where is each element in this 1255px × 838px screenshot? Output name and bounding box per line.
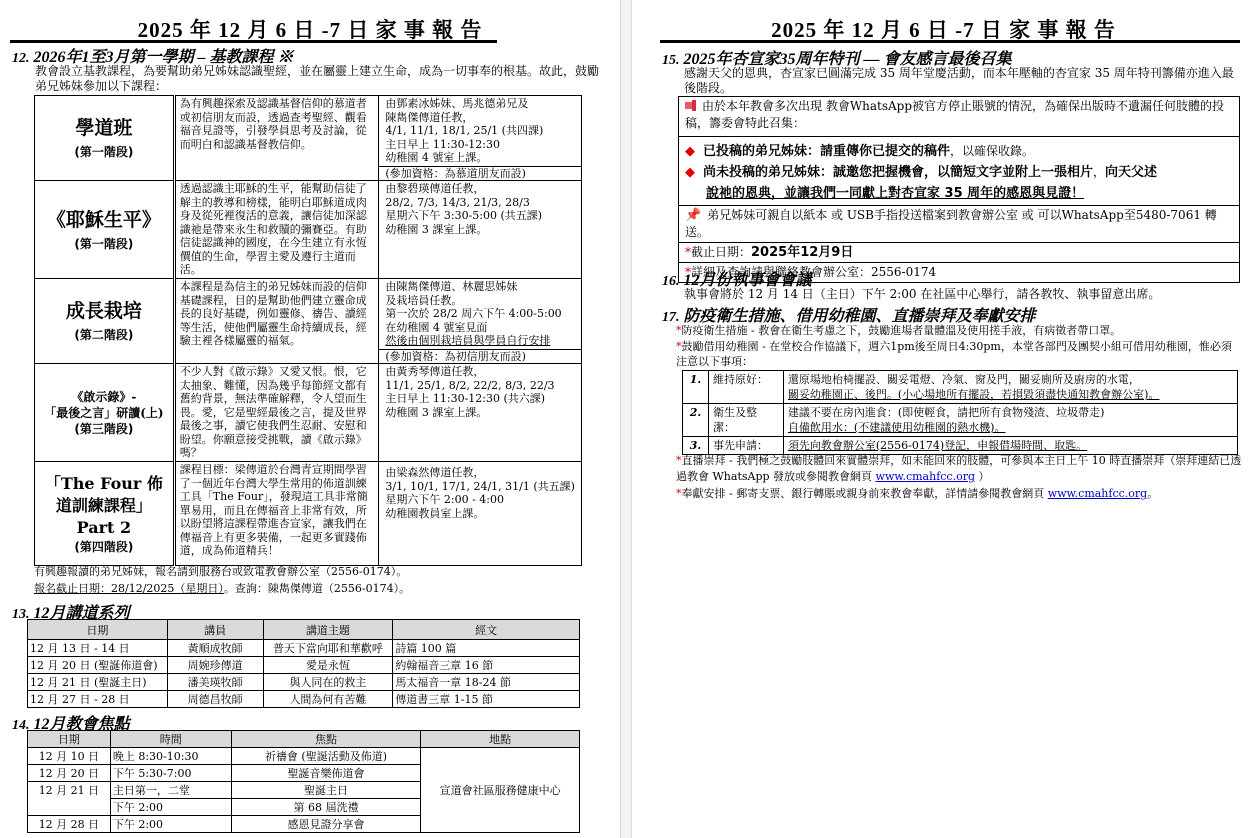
course-description: 不少人對《啟示錄》又愛又恨。恨，它太抽象、難懂，因為幾乎每節經文都有舊約背景，無… bbox=[174, 364, 379, 462]
sermon-row: 12 月 21 日 (聖誕主日)潘美瑛牧師與人同在的救主馬太福音一章 18-24… bbox=[28, 674, 580, 691]
diamond-bullet-icon: ◆ bbox=[685, 144, 695, 159]
course-row: 學道班 (第一階段) 為有興趣探索及認識基督信仰的慕道者或初信朋友而設，透過查考… bbox=[35, 96, 582, 167]
section-12-intro: 教會設立基教課程，為要幫助弟兄姊妹認識聖經，並在屬靈上建立生命，成為一切事奉的根… bbox=[35, 64, 610, 94]
course-info: 由陳雋傑傳道、林麗思姊妹 及栽培員任教。 第一次於 28/2 周六下午 4:00… bbox=[379, 279, 582, 350]
course-name-cell: 成長栽培 (第二階段) bbox=[35, 279, 175, 364]
course-description: 課程目標：梁傳道於台灣青宣期間學習了一個近年台灣大學生常用的佈道訓練工具「The… bbox=[174, 462, 379, 566]
diamond-bullet-icon: ◆ bbox=[685, 165, 695, 180]
rule-row: 2. 衛生及整潔： 建議不要在房內進食：(即使輕食，請把所有食物殘渣、垃圾帶走)… bbox=[683, 404, 1238, 437]
registration-deadline: 報名截止日期：28/12/2025（星期日）。查詢：陳雋傑傳道（2556-017… bbox=[34, 581, 410, 596]
right-page: 2025 年 12 月 6 日 -7 日 家 事 報 告 15. 2025年杏宣… bbox=[632, 0, 1255, 838]
church-website-link[interactable]: www.cmahfcc.org bbox=[876, 470, 975, 483]
focus-location: 宣道會社區服務健康中心 bbox=[421, 748, 580, 833]
page-gutter bbox=[620, 0, 632, 838]
bullet-submitted: ◆已投稿的弟兄姊妹：請重傳你已提交的稿件，以確保收錄。 bbox=[685, 141, 1233, 162]
focus-table-header: 日期 時間 焦點 地點 bbox=[28, 731, 580, 748]
call-for-submissions-box: 由於本年教會多次出現 教會WhatsApp被官方停止賬號的情況，為確保出版時不遺… bbox=[678, 96, 1240, 283]
course-qualification: (參加資格：為初信朋友而設) bbox=[379, 349, 582, 364]
course-row: 《耶穌生平》 (第一階段) 透過認識主耶穌的生平，能幫助信徒了解主的教導和榜樣，… bbox=[35, 181, 582, 279]
left-page: 2025 年 12 月 6 日 -7 日 家 事 報 告 12. 2026年1至… bbox=[0, 0, 620, 838]
course-row: 成長栽培 (第二階段) 本課程是為信主的弟兄姊妹而設的信仰基礎課程，目的是幫助他… bbox=[35, 279, 582, 350]
course-row: 「The Four 佈道訓練課程」 Part 2 (第四階段) 課程目標：梁傳道… bbox=[35, 462, 582, 566]
course-table: 學道班 (第一階段) 為有興趣探索及認識基督信仰的慕道者或初信朋友而設，透過查考… bbox=[34, 95, 582, 566]
rule-row: 1. 維持原好： 還原場地枱椅擺設、關妥電燈、冷氣、窗及門，關妥廁所及廚房的水電… bbox=[683, 371, 1238, 404]
sermon-row: 12 月 20 日 (聖誕佈道會)周婉珍傳道愛是永恆約翰福音三章 16 節 bbox=[28, 657, 580, 674]
section-16-body: 執事會將於 12 月 14 日（主日）下午 2:00 在社區中心舉行，請各教牧、… bbox=[684, 287, 1244, 302]
bullet-not-submitted: ◆尚未投稿的弟兄姊妹：誠邀您把握機會，以簡短文字並附上一張相片，向天父述 bbox=[685, 162, 1233, 183]
course-name-cell: 《啟示錄》- 「最後之言」研讀(上) (第三階段) bbox=[35, 364, 175, 462]
offering-note: *奉獻安排 - 郵寄支票、銀行轉賬或親身前來教會奉獻，詳情請參閱教會網頁 www… bbox=[676, 486, 1242, 501]
kindergarten-borrowing: *鼓勵借用幼稚園 - 在堂校合作協議下，週六1pm後至周日4:30pm，本堂各部… bbox=[676, 339, 1242, 369]
course-name-cell: 《耶穌生平》 (第一階段) bbox=[35, 181, 175, 279]
course-info: 由鄧素冰姊妹、馬兆德弟兄及 陳雋傑傳道任教， 4/1, 11/1, 18/1, … bbox=[379, 96, 582, 167]
rule-row: 3. 事先申請： 須先向教會辦公室(2556-0174)登記，申報借場時間、取匙… bbox=[683, 437, 1238, 455]
focus-row: 12 月 10 日 晚上 8:30-10:30 祈禱會 (聖誕活動及佈道) 宣道… bbox=[28, 748, 580, 765]
course-row: 《啟示錄》- 「最後之言」研讀(上) (第三階段) 不少人對《啟示錄》又愛又恨。… bbox=[35, 364, 582, 462]
sermon-row: 12 月 13 日 - 14 日黃順成牧師普天下當向耶和華歡呼詩篇 100 篇 bbox=[28, 640, 580, 657]
megaphone-icon bbox=[685, 100, 699, 111]
church-website-link[interactable]: www.cmahfcc.org bbox=[1048, 487, 1147, 500]
kindergarten-rules-table: 1. 維持原好： 還原場地枱椅擺設、關妥電燈、冷氣、窗及門，關妥廁所及廚房的水電… bbox=[682, 370, 1238, 455]
course-name-cell: 「The Four 佈道訓練課程」 Part 2 (第四階段) bbox=[35, 462, 175, 566]
bullets-row: ◆已投稿的弟兄姊妹：請重傳你已提交的稿件，以確保收錄。 ◆尚未投稿的弟兄姊妹：誠… bbox=[679, 137, 1239, 206]
registration-note: 有興趣報讀的弟兄姊妹，報名請到服務台或致電教會辦公室（2556-0174）。 bbox=[34, 564, 407, 579]
course-description: 為有興趣探索及認識基督信仰的慕道者或初信朋友而設，透過查考聖經、觀看福音見證等，… bbox=[174, 96, 379, 181]
course-description: 本課程是為信主的弟兄姊妹而設的信仰基礎課程，目的是幫助他們建立靈命成長的良好基礎… bbox=[174, 279, 379, 364]
course-name-cell: 學道班 (第一階段) bbox=[35, 96, 175, 181]
live-worship-note: *直播崇拜 - 我們極之鼓勵肢體回來實體崇拜，如未能回來的肢體，可參與本主日上午… bbox=[676, 453, 1242, 485]
title-divider bbox=[10, 40, 497, 43]
course-info: 由黎碧瑛傳道任教， 28/2, 7/3, 14/3, 21/3, 28/3 星期… bbox=[379, 181, 582, 279]
focus-table: 日期 時間 焦點 地點 12 月 10 日 晚上 8:30-10:30 祈禱會 … bbox=[27, 730, 580, 833]
hygiene-measures: *防疫衛生措施 - 教會在衛生考慮之下，鼓勵進場者量體溫及使用搓手液，有病徵者帶… bbox=[676, 323, 1242, 338]
sermon-table: 日期 講員 講道主題 經文 12 月 13 日 - 14 日黃順成牧師普天下當向… bbox=[27, 619, 580, 708]
sermon-row: 12 月 27 日 - 28 日周德昌牧師人間為何有苦難傳道書三章 1-15 節 bbox=[28, 691, 580, 708]
course-qualification: (參加資格：為慕道朋友而設) bbox=[379, 166, 582, 181]
course-info: 由梁森然傳道任教， 3/1, 10/1, 17/1, 24/1, 31/1 (共… bbox=[379, 462, 582, 566]
pushpin-icon: 📌 bbox=[685, 208, 701, 223]
title-divider bbox=[660, 40, 1240, 43]
course-description: 透過認識主耶穌的生平，能幫助信徒了解主的教導和榜樣，能明白耶穌道成肉身及從死裡復… bbox=[174, 181, 379, 279]
notice-row: 由於本年教會多次出現 教會WhatsApp被官方停止賬號的情況，為確保出版時不遺… bbox=[679, 97, 1239, 137]
course-info: 由黃秀琴傳道任教， 11/1, 25/1, 8/2, 22/2, 8/3, 22… bbox=[379, 364, 582, 462]
section-15-intro: 感謝天父的恩典，杏宣家已圓滿完成 35 周年堂慶活動，而本年壓軸的杏宣家 35 … bbox=[684, 66, 1244, 96]
deadline-row: *截止日期：2025年12月9日 bbox=[679, 243, 1239, 263]
sermon-table-header: 日期 講員 講道主題 經文 bbox=[28, 620, 580, 640]
submission-method-row: 📌弟兄姊妹可親自以紙本 或 USB手指投送檔案到教會辦公室 或 可以WhatsA… bbox=[679, 206, 1239, 243]
